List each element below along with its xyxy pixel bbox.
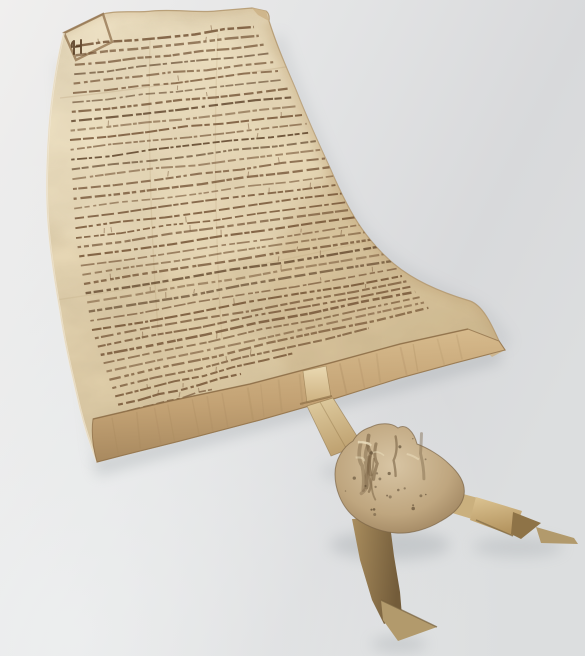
photograph-medieval-charter <box>0 0 585 656</box>
charter-photo-svg <box>0 0 585 656</box>
